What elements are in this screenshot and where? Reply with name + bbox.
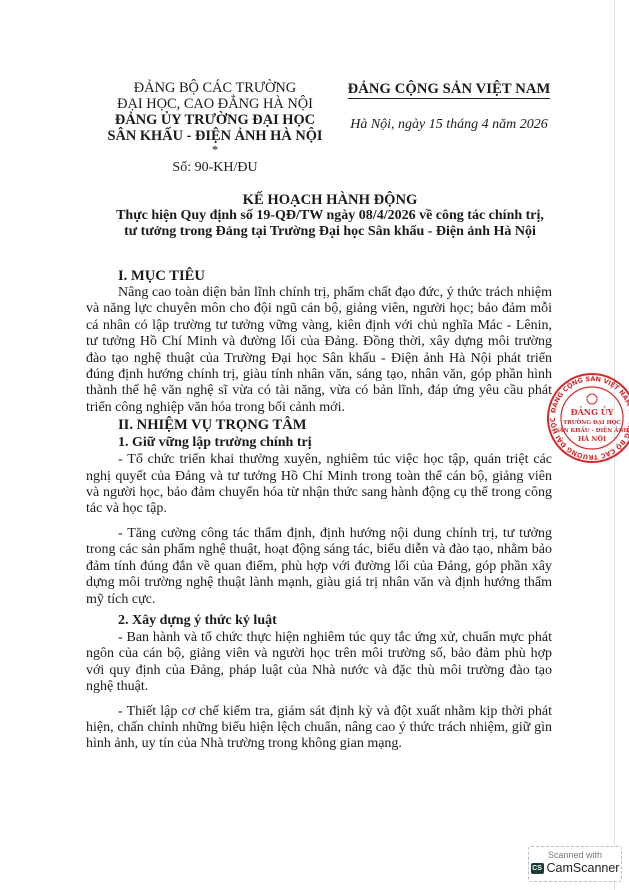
political-stance-item-2: - Tăng cường công tác thẩm định, định hư… — [86, 526, 552, 608]
political-stance-item-1: - Tổ chức triển khai thường xuyên, nghiê… — [86, 452, 552, 518]
issuing-authority: ĐẢNG BỘ CÁC TRƯỜNG ĐẠI HỌC, CAO ĐẲNG HÀ … — [92, 80, 338, 176]
discipline-item-2: - Thiết lập cơ chế kiểm tra, giám sát đị… — [86, 704, 552, 753]
discipline-item-1: - Ban hành và tổ chức thực hiện nghiêm t… — [86, 630, 552, 696]
document-title-block: KẾ HOẠCH HÀNH ĐỘNG Thực hiện Quy định số… — [80, 193, 580, 240]
watermark-caption: Scanned with — [529, 850, 621, 860]
watermark-brand-name: CamScanner — [547, 860, 620, 876]
authority-line-1: ĐẢNG BỘ CÁC TRƯỜNG — [92, 80, 338, 96]
subsection-heading-discipline: 2. Xây dựng ý thức kỷ luật — [86, 612, 552, 630]
objectives-paragraph: Nâng cao toàn diện bản lĩnh chính trị, p… — [86, 285, 552, 416]
subtitle-line-2: tư tưởng trong Đảng tại Trường Đại học S… — [80, 224, 580, 240]
official-seal-stamp: ĐẢNG CỘNG SẢN VIỆT NAM ★ ĐẢNG BỘ CÁC TRƯ… — [546, 372, 629, 464]
star-mark: * — [92, 144, 338, 156]
camscanner-watermark: Scanned with CS CamScanner — [528, 846, 622, 882]
party-name: ĐẢNG CỘNG SẢN VIỆT NAM — [348, 81, 551, 99]
svg-text:ĐẢNG ỦY: ĐẢNG ỦY — [571, 407, 614, 417]
authority-line-2: ĐẠI HỌC, CAO ĐẲNG HÀ NỘI — [92, 96, 338, 112]
svg-text:SÂN KHẤU - ĐIỆN ẢNH: SÂN KHẤU - ĐIỆN ẢNH — [555, 426, 628, 434]
issue-date: Hà Nội, ngày 15 tháng 4 năm 2026 — [324, 117, 574, 133]
subsection-heading-political-stance: 1. Giữ vững lập trường chính trị — [86, 434, 552, 452]
camscanner-logo-icon: CS — [531, 863, 544, 874]
document-title: KẾ HOẠCH HÀNH ĐỘNG — [80, 193, 580, 208]
section-heading-key-tasks: II. NHIỆM VỤ TRỌNG TÂM — [86, 416, 552, 434]
document-number: Số: 90-KH/ĐU — [92, 160, 338, 176]
svg-text:HÀ NỘI: HÀ NỘI — [578, 434, 606, 443]
subtitle-line-1: Thực hiện Quy định số 19-QĐ/TW ngày 08/4… — [80, 208, 580, 224]
watermark-brand: CS CamScanner — [529, 860, 621, 876]
authority-line-3: ĐẢNG ỦY TRƯỜNG ĐẠI HỌC — [92, 112, 338, 128]
svg-text:TRƯỜNG ĐẠI HỌC: TRƯỜNG ĐẠI HỌC — [563, 418, 621, 426]
section-heading-objectives: I. MỤC TIÊU — [86, 267, 552, 285]
document-body: I. MỤC TIÊU Nâng cao toàn diện bản lĩnh … — [86, 267, 552, 753]
national-header: ĐẢNG CỘNG SẢN VIỆT NAM Hà Nội, ngày 15 t… — [324, 80, 574, 133]
